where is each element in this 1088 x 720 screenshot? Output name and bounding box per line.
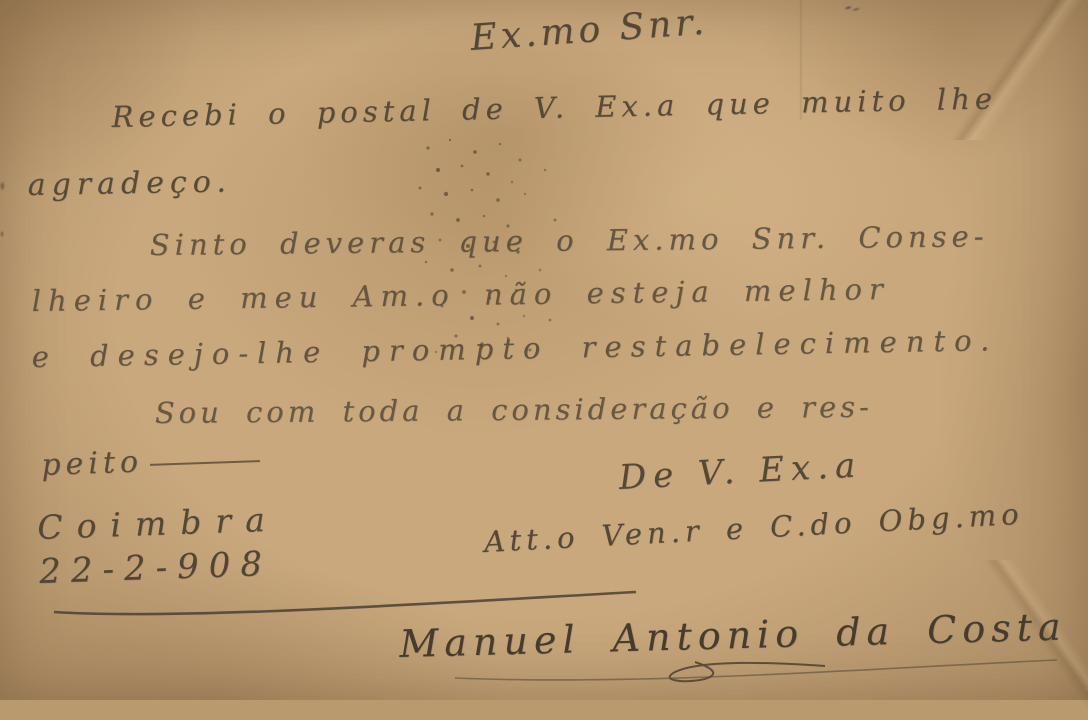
body-line-2: agradeço. [27,164,232,203]
body-line-5: e desejo-lhe prompto restabelecimento. [31,323,998,374]
body-line-6: Sou com toda a consideração e res- [155,390,873,430]
body-line-1: Recebi o postal de V. Ex.a que muito lhe [111,81,997,134]
salutation-line: Ex.mo Snr. [469,2,709,59]
edge-ink-speck [0,178,8,194]
signature: Manuel Antonio da Costa [399,605,1067,666]
date-line: 22-2-908 [39,544,273,592]
edge-ink-speck [0,228,7,240]
pen-stroke-after-peito [150,460,260,466]
postcard-paper: Ex.mo Snr. Recebi o postal de V. Ex.a qu… [0,0,1088,700]
place-line: Coimbra [37,500,280,547]
body-line-3: Sinto deveras que o Ex.mo Snr. Conse- [150,219,989,262]
body-line-7: peito [41,444,144,483]
ink-smudge [842,0,862,16]
body-line-4: lheiro e meu Am.o não esteja melhor [32,272,891,318]
paper-crease-top-right [900,0,1088,140]
closing-line-1: De V. Ex.a [618,445,863,498]
closing-line-2: Att.o Ven.r e C.do Obg.mo [483,497,1024,559]
